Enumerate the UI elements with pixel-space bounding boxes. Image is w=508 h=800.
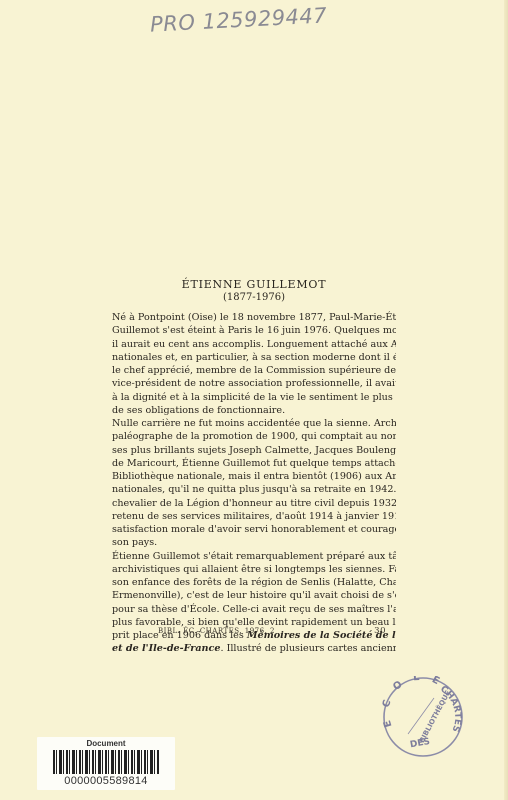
text-line: Ermenonville), c'est de leur histoire qu… bbox=[112, 589, 396, 602]
barcode-number: 0000005589814 bbox=[37, 775, 175, 787]
text-line: de ses obligations de fonctionnaire. bbox=[112, 404, 396, 417]
text-line: pour sa thèse d'École. Celle-ci avait re… bbox=[112, 603, 396, 616]
page-edge bbox=[504, 0, 508, 800]
barcode-bars-icon bbox=[53, 750, 159, 774]
italic-title: et de l'Ile-de-France bbox=[112, 643, 220, 654]
text-line: Guillemot s'est éteint à Paris le 16 jui… bbox=[112, 324, 396, 337]
stamp-icon: E C O L E CHARTES DES BIBLIOTHÈQUE bbox=[382, 676, 464, 758]
text-line-italic: et de l'Ile-de-France. Illustré de plusi… bbox=[112, 642, 396, 655]
text-line: Nulle carrière ne fut moins accidentée q… bbox=[112, 417, 396, 430]
page-footer: BIBL. ÉC. CHARTES. 1976. 2 30 bbox=[158, 627, 398, 635]
text-line: son enfance des forêts de la région de S… bbox=[112, 576, 396, 589]
article-title: ÉTIENNE GUILLEMOT bbox=[0, 278, 508, 291]
text-line: paléographe de la promotion de 1900, qui… bbox=[112, 430, 396, 443]
text-segment: . Illustré de plusieurs cartes anciennes… bbox=[220, 643, 396, 654]
text-line: nationales, qu'il ne quitta plus jusqu'à… bbox=[112, 483, 396, 496]
text-line: ses plus brillants sujets Joseph Calmett… bbox=[112, 444, 396, 457]
text-line: à la dignité et à la simplicité de la vi… bbox=[112, 391, 396, 404]
text-line: son pays. bbox=[112, 536, 396, 549]
text-line: de Maricourt, Étienne Guillemot fut quel… bbox=[112, 457, 396, 470]
text-line: Étienne Guillemot s'était remarquablemen… bbox=[112, 550, 396, 563]
journal-reference: BIBL. ÉC. CHARTES. 1976. 2 bbox=[158, 627, 275, 635]
text-line: le chef apprécié, membre de la Commissio… bbox=[112, 364, 396, 377]
library-stamp: E C O L E CHARTES DES BIBLIOTHÈQUE bbox=[382, 676, 464, 758]
text-line: chevalier de la Légion d'honneur au titr… bbox=[112, 497, 396, 510]
article-dates: (1877-1976) bbox=[0, 292, 508, 303]
text-line: retenu de ses services militaires, d'aoû… bbox=[112, 510, 396, 523]
barcode-title: Document bbox=[37, 739, 175, 748]
text-line: Bibliothèque nationale, mais il entra bi… bbox=[112, 470, 396, 483]
text-line: satisfaction morale d'avoir servi honora… bbox=[112, 523, 396, 536]
svg-text:BIBLIOTHÈQUE: BIBLIOTHÈQUE bbox=[417, 688, 452, 744]
text-line: nationales et, en particulier, à sa sect… bbox=[112, 351, 396, 364]
page-number: 30 bbox=[374, 626, 386, 636]
text-line: archivistiques qui allaient être si long… bbox=[112, 563, 396, 576]
handwritten-reference: PRO 125929447 bbox=[149, 3, 327, 36]
text-line: il aurait eu cent ans accomplis. Longuem… bbox=[112, 338, 396, 351]
barcode-label: Document 0000005589814 bbox=[37, 737, 175, 790]
text-line: vice-président de notre association prof… bbox=[112, 377, 396, 390]
article-body: Né à Pontpoint (Oise) le 18 novembre 187… bbox=[112, 311, 396, 656]
text-line: Né à Pontpoint (Oise) le 18 novembre 187… bbox=[112, 311, 396, 324]
